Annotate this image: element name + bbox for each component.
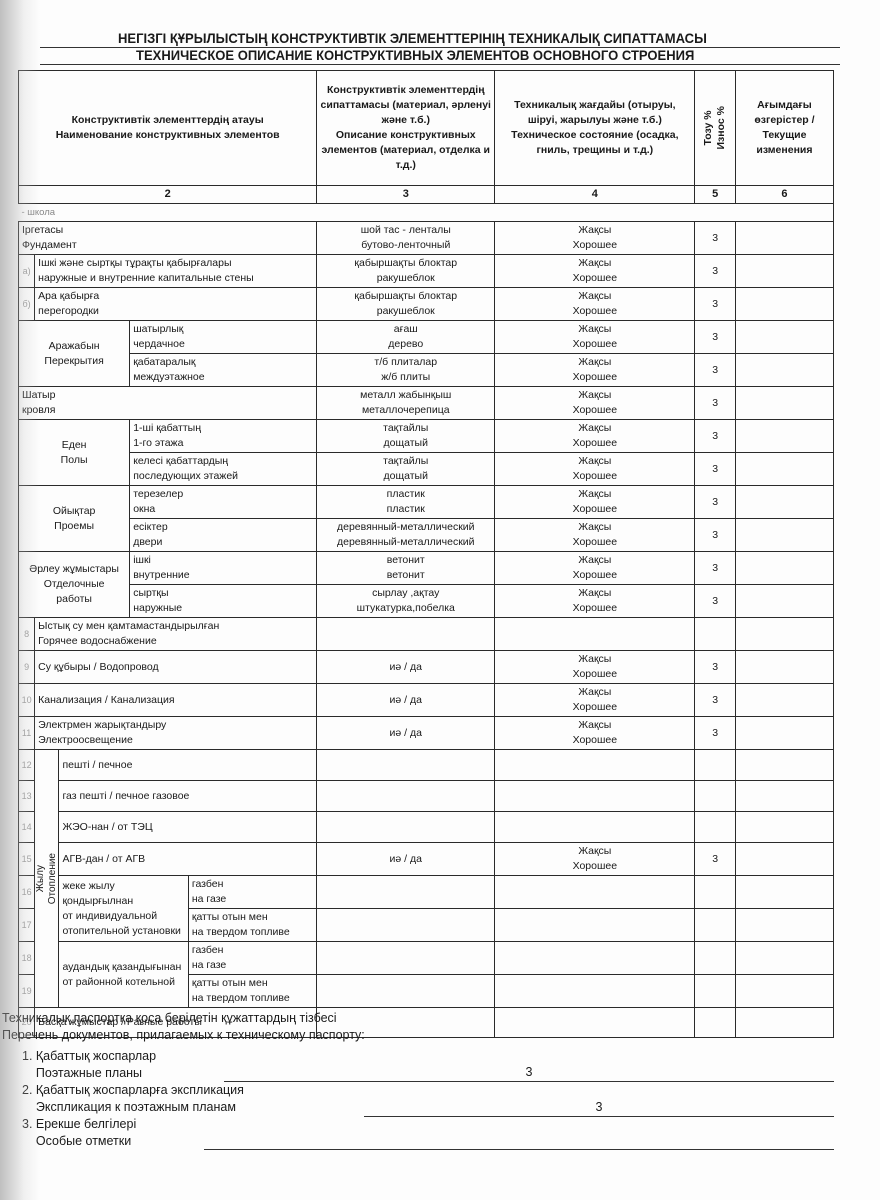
table-row: б) Ара қабырға перегородки қабыршақты бл… [19,288,834,321]
group-label-floors: Аражабын Перекрытия [19,321,130,387]
column-number-row: 2 3 4 5 6 [19,186,834,204]
header-col-condition: Техникалық жағдайы (отыруы, шіруі, жарыл… [495,71,695,186]
table-row: 8 Ыстық су мен қамтамастандырылған Горяч… [19,618,834,651]
table-row: 16 жеке жылу қондырғылнан от индивидуаль… [19,876,834,909]
group-label-finishing: Әрлеу жұмыстары Отделочные работы [19,552,130,618]
table-row: 12 Жылу Отопление пешті / печное [19,750,834,781]
section-label-row: - школа [19,204,834,222]
table-row: 9 Су құбыры / Водопровод иә / да Жақсы Х… [19,651,834,684]
table-row: Ойықтар Проемы терезелер окна пластик пл… [19,486,834,519]
document-item: 1. Қабаттық жоспарлар Поэтажные планы 3 [22,1048,862,1082]
header-col-changes: Ағымдағы өзгерістер / Текущие изменения [735,71,833,186]
title-underline [40,64,840,65]
documents-list: 1. Қабаттық жоспарлар Поэтажные планы 3 … [22,1048,862,1150]
table-row: 13 газ пешті / печное газовое [19,781,834,812]
table-header-row: Конструктивтік элементтердің атауы Наиме… [19,71,834,186]
table-row: келесі қабаттардың последующих этажей та… [19,453,834,486]
table-row: 15 АГВ-дан / от АГВ иә / да Жақсы Хороше… [19,843,834,876]
table-row: Еден Полы 1-ші қабаттың 1-го этажа тақта… [19,420,834,453]
group-label-individual-heating: жеке жылу қондырғылнан от индивидуальной… [59,876,188,942]
table-row: Шатыр кровля металл жабынқыш металлочере… [19,387,834,420]
table-row: есіктер двери деревянный-металлический д… [19,519,834,552]
table-row: Аражабын Перекрытия шатырлық чердачное а… [19,321,834,354]
table-row: сыртқы наружные сырлау ,ақтау штукатурка… [19,585,834,618]
table-row: 18 аудандық қазандығынан от районной кот… [19,942,834,975]
table-row: а) Ішкі және сыртқы тұрақты қабырғалары … [19,255,834,288]
document-item: 2. Қабаттық жоспарларға экспликация Эксп… [22,1082,862,1116]
group-label-openings: Ойықтар Проемы [19,486,130,552]
table-row: 10 Канализация / Канализация иә / да Жақ… [19,684,834,717]
table-row: 14 ЖЭО-нан / от ТЭЦ [19,812,834,843]
header-col-description: Конструктивтік элементтердің сипаттамасы… [317,71,495,186]
table-row: қабатаралық междуэтажное т/б плиталар ж/… [19,354,834,387]
document-value-line [204,1149,834,1150]
document-value[interactable]: 3 [224,1064,834,1081]
construction-elements-table: Конструктивтік элементтердің атауы Наиме… [18,70,834,1038]
document-value[interactable]: 3 [364,1099,834,1116]
header-col-name: Конструктивтік элементтердің атауы Наиме… [19,71,317,186]
group-label-heating: Жылу Отопление [35,750,59,1008]
document-item: 3. Ерекше белгілері Особые отметки [22,1116,862,1150]
group-label-district-boiler: аудандық қазандығынан от районной котель… [59,942,188,1008]
documents-heading: Техникалық паспортқа қоса берілетін құжа… [2,1010,862,1044]
group-label-flooring: Еден Полы [19,420,130,486]
page-title-ru: ТЕХНИЧЕСКОЕ ОПИСАНИЕ КОНСТРУКТИВНЫХ ЭЛЕМ… [136,47,806,63]
table-row: Әрлеу жұмыстары Отделочные работы ішкі в… [19,552,834,585]
table-row: Іргетасы Фундамент шой тас - ленталы бут… [19,222,834,255]
page-title-kz: НЕГІЗГІ ҚҰРЫЛЫСТЫҢ КОНСТРУКТИВТІК ЭЛЕМЕН… [118,30,788,46]
header-col-wear: Тозу % Износ % [695,71,735,186]
table-row: 11 Электрмен жарықтандыру Электроосвещен… [19,717,834,750]
